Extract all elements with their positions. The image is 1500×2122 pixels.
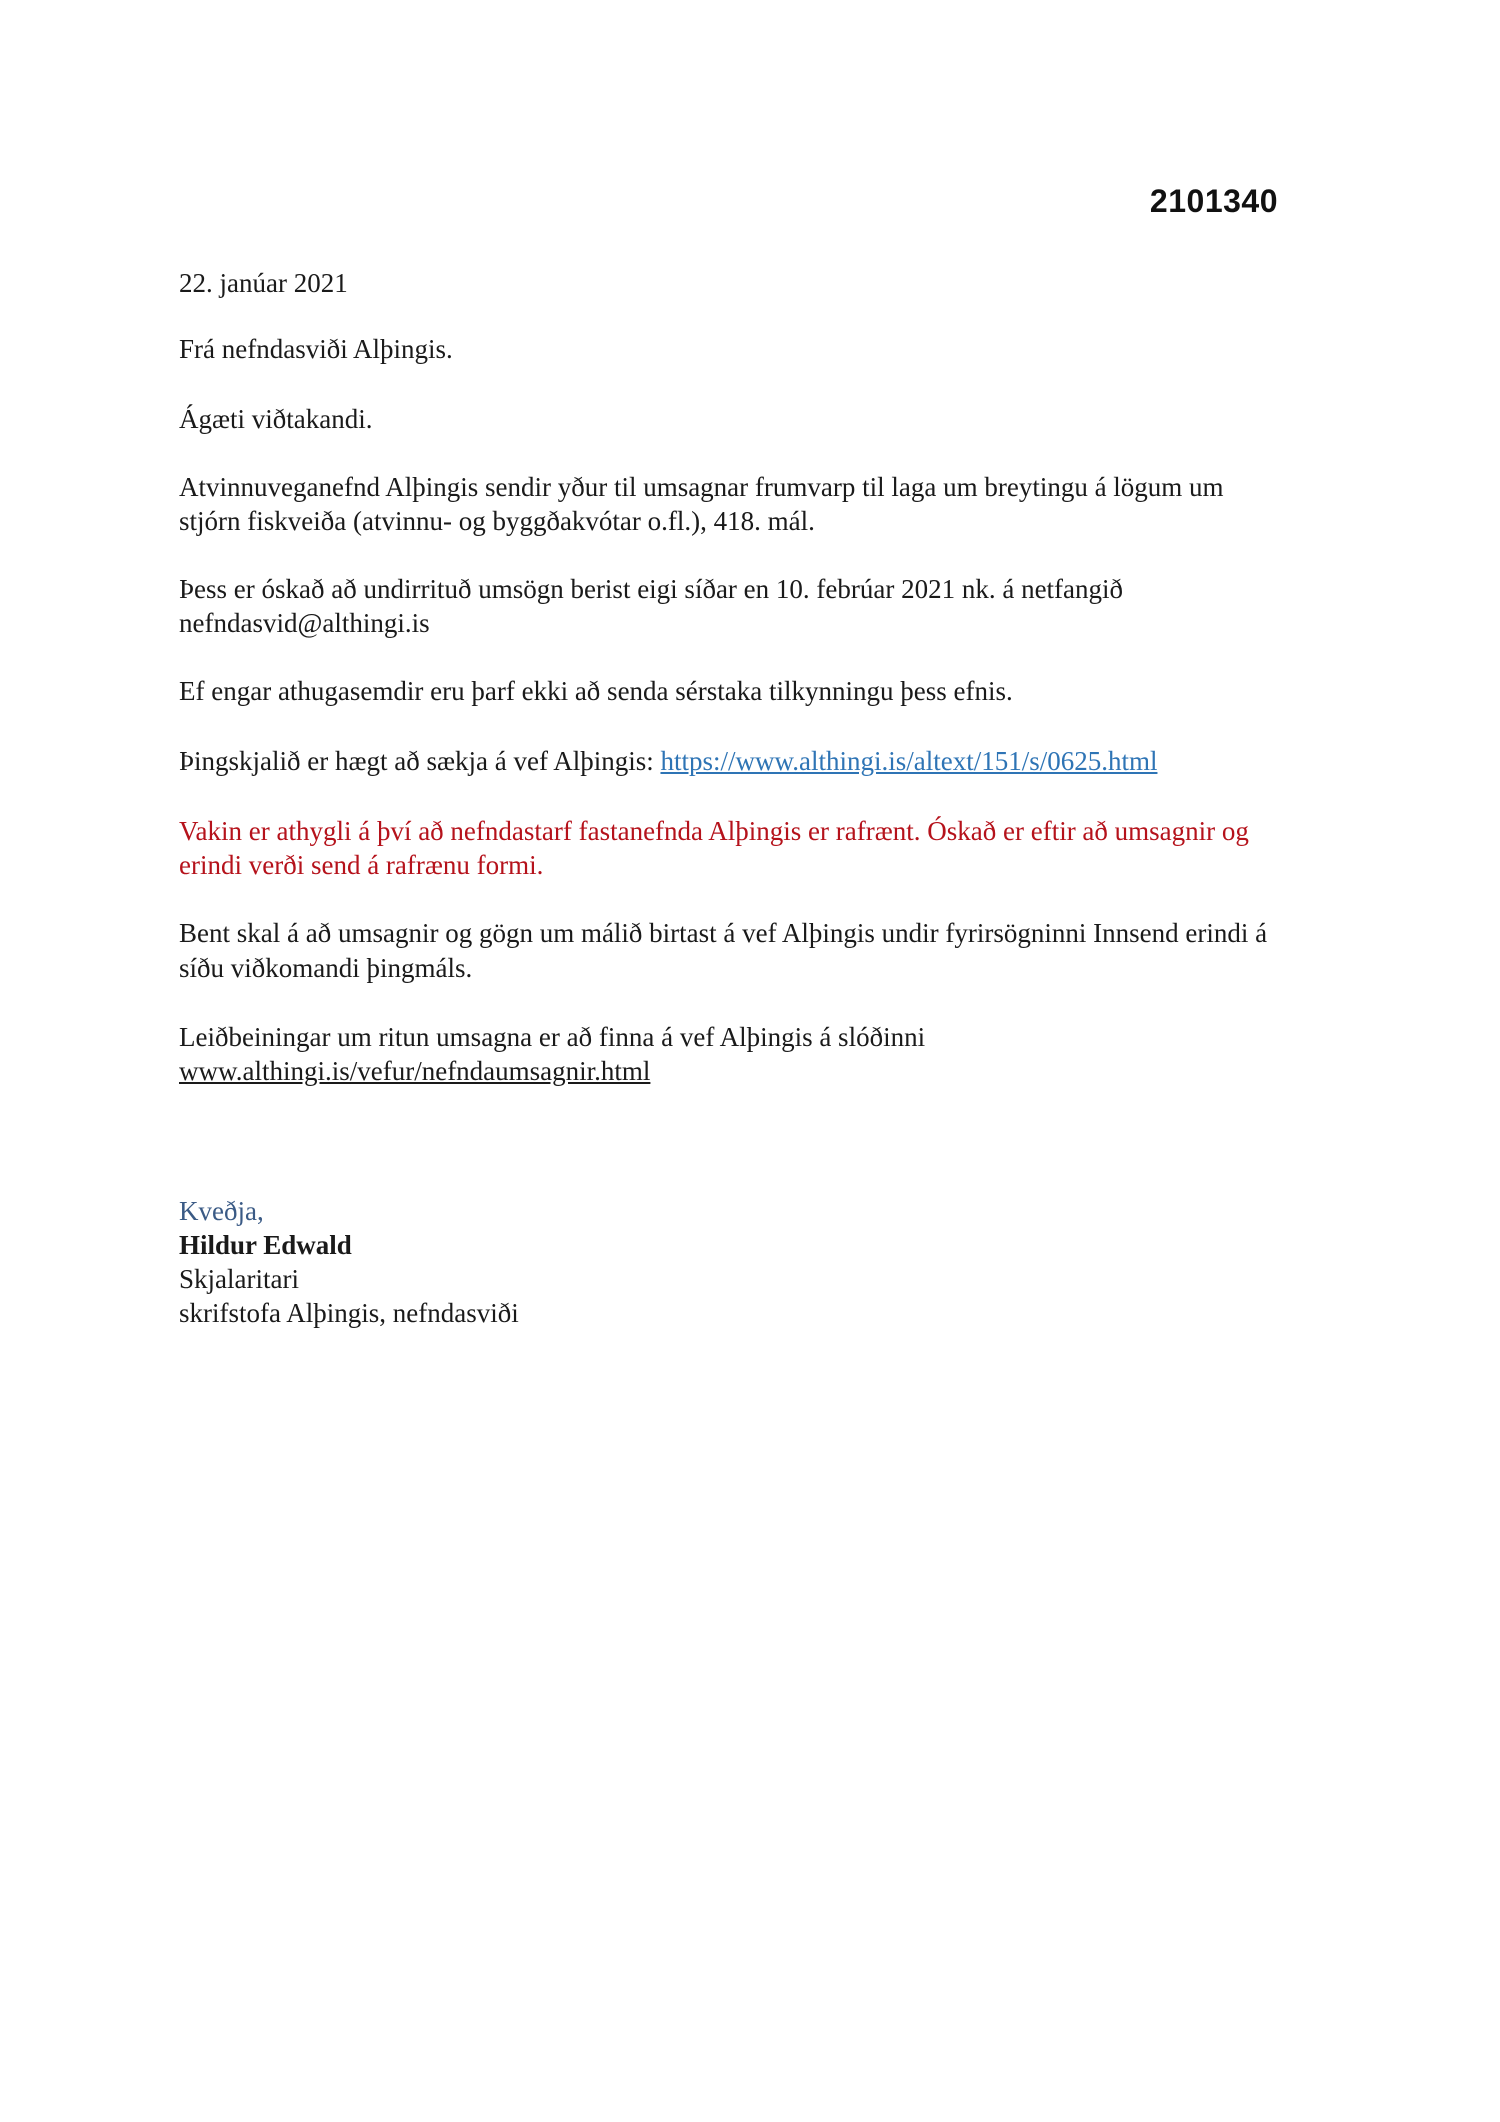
paragraph-request-line-1: Atvinnuveganefnd Alþingis sendir yður ti…: [179, 474, 1224, 501]
letter-date: 22. janúar 2021: [179, 270, 348, 297]
document-page: 2101340 22. janúar 2021 Frá nefndasviði …: [0, 0, 1500, 2122]
paragraph-submissions-line-2: síðu viðkomandi þingmáls.: [179, 955, 472, 982]
letter-from: Frá nefndasviði Alþingis.: [179, 336, 453, 363]
notice-line-2: erindi verði send á rafrænu formi.: [179, 852, 543, 879]
paragraph-guidelines-link-line: www.althingi.is/vefur/nefndaumsagnir.htm…: [179, 1058, 650, 1085]
paragraph-guidelines-line-1: Leiðbeiningar um ritun umsagna er að fin…: [179, 1024, 925, 1051]
document-link[interactable]: https://www.althingi.is/altext/151/s/062…: [660, 746, 1157, 776]
guidelines-link[interactable]: www.althingi.is/vefur/nefndaumsagnir.htm…: [179, 1056, 650, 1086]
paragraph-submissions-line-1: Bent skal á að umsagnir og gögn um málið…: [179, 920, 1267, 947]
paragraph-request-line-2: stjórn fiskveiða (atvinnu- og byggðakvót…: [179, 508, 815, 535]
paragraph-deadline-email: nefndasvid@althingi.is: [179, 610, 430, 637]
signature-greeting: Kveðja,: [179, 1198, 264, 1225]
document-number: 2101340: [1150, 183, 1278, 220]
paragraph-no-comments: Ef engar athugasemdir eru þarf ekki að s…: [179, 678, 1013, 705]
signature-title: Skjalaritari: [179, 1266, 299, 1293]
signature-office: skrifstofa Alþingis, nefndasviði: [179, 1300, 519, 1327]
document-link-label: Þingskjalið er hægt að sækja á vef Alþin…: [179, 746, 660, 776]
notice-line-1: Vakin er athygli á því að nefndastarf fa…: [179, 818, 1249, 845]
paragraph-deadline-line-1: Þess er óskað að undirrituð umsögn beris…: [179, 576, 1123, 603]
letter-greeting: Ágæti viðtakandi.: [179, 406, 372, 433]
paragraph-document-link: Þingskjalið er hægt að sækja á vef Alþin…: [179, 748, 1157, 775]
signature-name: Hildur Edwald: [179, 1232, 352, 1259]
